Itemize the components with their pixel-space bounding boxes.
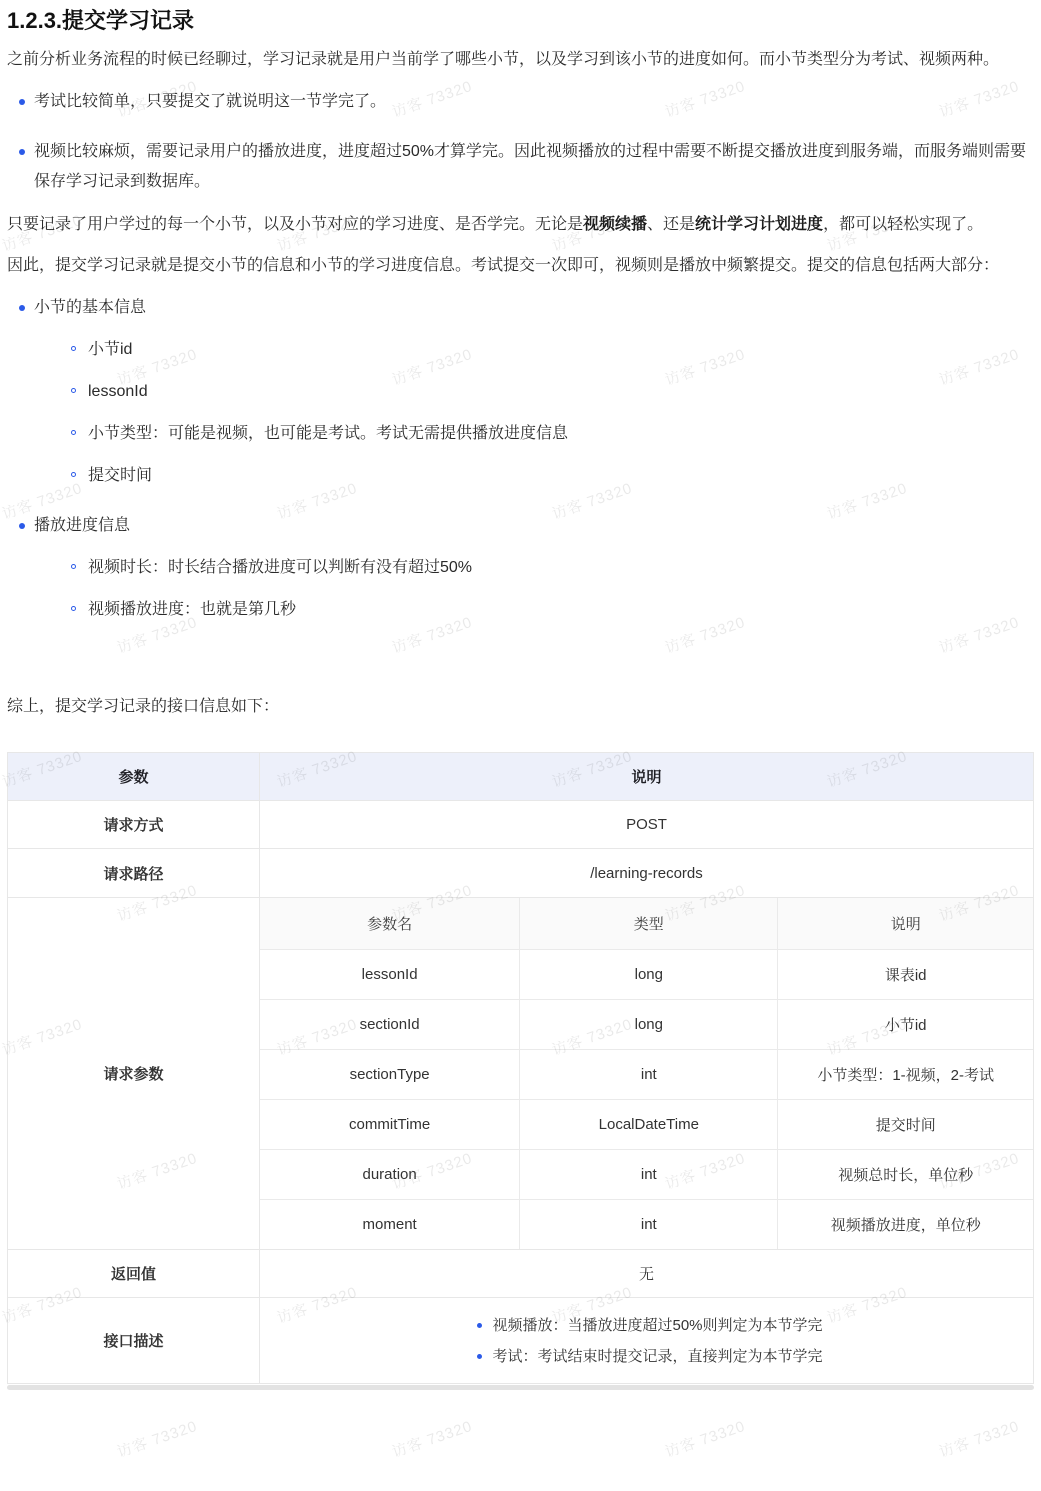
description-cell: 视频播放：当播放进度超过50%则判定为本节学完 考试：考试结束时提交记录，直接判…	[260, 1298, 1034, 1384]
table-header-param: 参数	[8, 753, 260, 801]
nested-header-name: 参数名	[260, 898, 520, 949]
document-page: 1.2.3.提交学习记录 之前分析业务流程的时候已经聊过，学习记录就是用户当前学…	[0, 0, 1041, 1390]
param-name: sectionId	[260, 999, 520, 1049]
bullet-dot-icon	[477, 1354, 482, 1359]
param-name: duration	[260, 1149, 520, 1199]
sublist-progress-info: 视频时长：时长结合播放进度可以判断有没有超过50% 视频播放进度：也就是第几秒	[34, 553, 1034, 625]
param-name: sectionType	[260, 1049, 520, 1099]
bullet-circle-icon	[71, 606, 76, 611]
list-section-types: 考试比较简单，只要提交了就说明这一节学完了。 视频比较麻烦，需要记录用户的播放进…	[7, 87, 1034, 197]
watermark-text: 访客 73320	[389, 1415, 475, 1462]
sublist-item-text: 视频播放进度：也就是第几秒	[88, 601, 296, 618]
param-desc: 视频播放进度，单位秒	[778, 1199, 1033, 1249]
table-row-description: 接口描述 视频播放：当播放进度超过50%则判定为本节学完 考试：考试结束时提交记…	[8, 1298, 1034, 1384]
param-desc: 提交时间	[778, 1099, 1033, 1149]
sublist-item-text: lessonId	[88, 383, 148, 400]
sublist-item: 视频时长：时长结合播放进度可以判断有没有超过50%	[62, 553, 1034, 583]
paragraph-record-summary: 只要记录了用户学过的每一个小节，以及小节对应的学习进度、是否学完。无论是视频续播…	[7, 209, 1034, 240]
param-desc: 小节id	[778, 999, 1033, 1049]
bullet-dot-icon	[19, 523, 25, 529]
param-desc: 课表id	[778, 949, 1033, 999]
param-name: moment	[260, 1199, 520, 1249]
param-type: long	[520, 949, 778, 999]
param-type: long	[520, 999, 778, 1049]
table-row-params: 请求参数 参数名 类型 说明 lessonId long	[8, 898, 1034, 1250]
table-header-row: 参数 说明	[8, 753, 1034, 801]
paragraph-conclusion: 综上，提交学习记录的接口信息如下：	[7, 691, 1034, 722]
bullet-circle-icon	[71, 564, 76, 569]
list-item: 小节的基本信息 小节id lessonId 小节类型：可能是视频，也可能是考试。…	[7, 293, 1034, 491]
sublist-item-text: 提交时间	[88, 467, 152, 484]
sublist-item: 小节id	[62, 335, 1034, 365]
sublist-item-text: 视频时长：时长结合播放进度可以判断有没有超过50%	[88, 559, 472, 576]
table-row: commitTime LocalDateTime 提交时间	[260, 1099, 1033, 1149]
table-row: sectionId long 小节id	[260, 999, 1033, 1049]
description-text: 视频播放：当播放进度超过50%则判定为本节学完	[492, 1317, 822, 1334]
bullet-dot-icon	[19, 99, 25, 105]
watermark-text: 访客 73320	[936, 1415, 1022, 1462]
param-type: LocalDateTime	[520, 1099, 778, 1149]
sublist-item-text: 小节id	[88, 341, 132, 358]
param-desc: 视频总时长，单位秒	[778, 1149, 1033, 1199]
list-submit-parts: 小节的基本信息 小节id lessonId 小节类型：可能是视频，也可能是考试。…	[7, 293, 1034, 625]
path-value: /learning-records	[260, 849, 1034, 898]
description-item: 考试：考试结束时提交记录，直接判定为本节学完	[470, 1344, 822, 1369]
list-item: 播放进度信息 视频时长：时长结合播放进度可以判断有没有超过50% 视频播放进度：…	[7, 511, 1034, 625]
horizontal-scrollbar-track[interactable]	[7, 1385, 1034, 1390]
paragraph-submit-info: 因此，提交学习记录就是提交小节的信息和小节的学习进度信息。考试提交一次即可，视频…	[7, 250, 1034, 281]
bullet-circle-icon	[71, 388, 76, 393]
bullet-circle-icon	[71, 346, 76, 351]
row-label: 请求方式	[8, 801, 260, 849]
param-type: int	[520, 1049, 778, 1099]
page-title: 1.2.3.提交学习记录	[7, 8, 1034, 34]
bullet-circle-icon	[71, 472, 76, 477]
list-item-text: 播放进度信息	[34, 517, 130, 534]
list-item: 视频比较麻烦，需要记录用户的播放进度，进度超过50%才算学完。因此视频播放的过程…	[7, 137, 1034, 197]
table-row-method: 请求方式 POST	[8, 801, 1034, 849]
return-value: 无	[260, 1250, 1034, 1298]
table-row-return: 返回值 无	[8, 1250, 1034, 1298]
sublist-item: 小节类型：可能是视频，也可能是考试。考试无需提供播放进度信息	[62, 419, 1034, 449]
nested-header-type: 类型	[520, 898, 778, 949]
nested-header-row: 参数名 类型 说明	[260, 898, 1033, 949]
bullet-dot-icon	[19, 149, 25, 155]
list-item-text: 考试比较简单，只要提交了就说明这一节学完了。	[34, 93, 386, 110]
row-label: 请求参数	[8, 898, 260, 1250]
watermark-text: 访客 73320	[114, 1415, 200, 1462]
param-type: int	[520, 1149, 778, 1199]
row-label: 返回值	[8, 1250, 260, 1298]
sublist-item: 提交时间	[62, 461, 1034, 491]
list-item: 考试比较简单，只要提交了就说明这一节学完了。	[7, 87, 1034, 117]
bullet-circle-icon	[71, 430, 76, 435]
sublist-item: lessonId	[62, 377, 1034, 407]
sublist-basic-info: 小节id lessonId 小节类型：可能是视频，也可能是考试。考试无需提供播放…	[34, 335, 1034, 491]
watermark-text: 访客 73320	[662, 1415, 748, 1462]
param-type: int	[520, 1199, 778, 1249]
param-name: commitTime	[260, 1099, 520, 1149]
param-desc: 小节类型：1-视频，2-考试	[778, 1049, 1033, 1099]
nested-header-desc: 说明	[778, 898, 1033, 949]
bullet-dot-icon	[477, 1323, 482, 1328]
table-header-desc: 说明	[260, 753, 1034, 801]
table-row-path: 请求路径 /learning-records	[8, 849, 1034, 898]
table-row: duration int 视频总时长，单位秒	[260, 1149, 1033, 1199]
paragraph-intro: 之前分析业务流程的时候已经聊过，学习记录就是用户当前学了哪些小节，以及学习到该小…	[7, 44, 1034, 75]
table-row: lessonId long 课表id	[260, 949, 1033, 999]
sublist-item-text: 小节类型：可能是视频，也可能是考试。考试无需提供播放进度信息	[88, 425, 568, 442]
params-nested-cell: 参数名 类型 说明 lessonId long 课表id sectionId	[260, 898, 1034, 1250]
list-item-text: 视频比较麻烦，需要记录用户的播放进度，进度超过50%才算学完。因此视频播放的过程…	[34, 143, 1026, 190]
method-value: POST	[260, 801, 1034, 849]
params-nested-table: 参数名 类型 说明 lessonId long 课表id sectionId	[260, 898, 1033, 1249]
row-label: 接口描述	[8, 1298, 260, 1384]
table-row: sectionType int 小节类型：1-视频，2-考试	[260, 1049, 1033, 1099]
api-spec-table: 参数 说明 请求方式 POST 请求路径 /learning-records 请…	[7, 752, 1034, 1384]
sublist-item: 视频播放进度：也就是第几秒	[62, 595, 1034, 625]
description-list: 视频播放：当播放进度超过50%则判定为本节学完 考试：考试结束时提交记录，直接判…	[470, 1307, 822, 1375]
description-text: 考试：考试结束时提交记录，直接判定为本节学完	[492, 1348, 822, 1365]
list-item-text: 小节的基本信息	[34, 299, 146, 316]
row-label: 请求路径	[8, 849, 260, 898]
param-name: lessonId	[260, 949, 520, 999]
table-row: moment int 视频播放进度，单位秒	[260, 1199, 1033, 1249]
bullet-dot-icon	[19, 305, 25, 311]
description-item: 视频播放：当播放进度超过50%则判定为本节学完	[470, 1313, 822, 1338]
